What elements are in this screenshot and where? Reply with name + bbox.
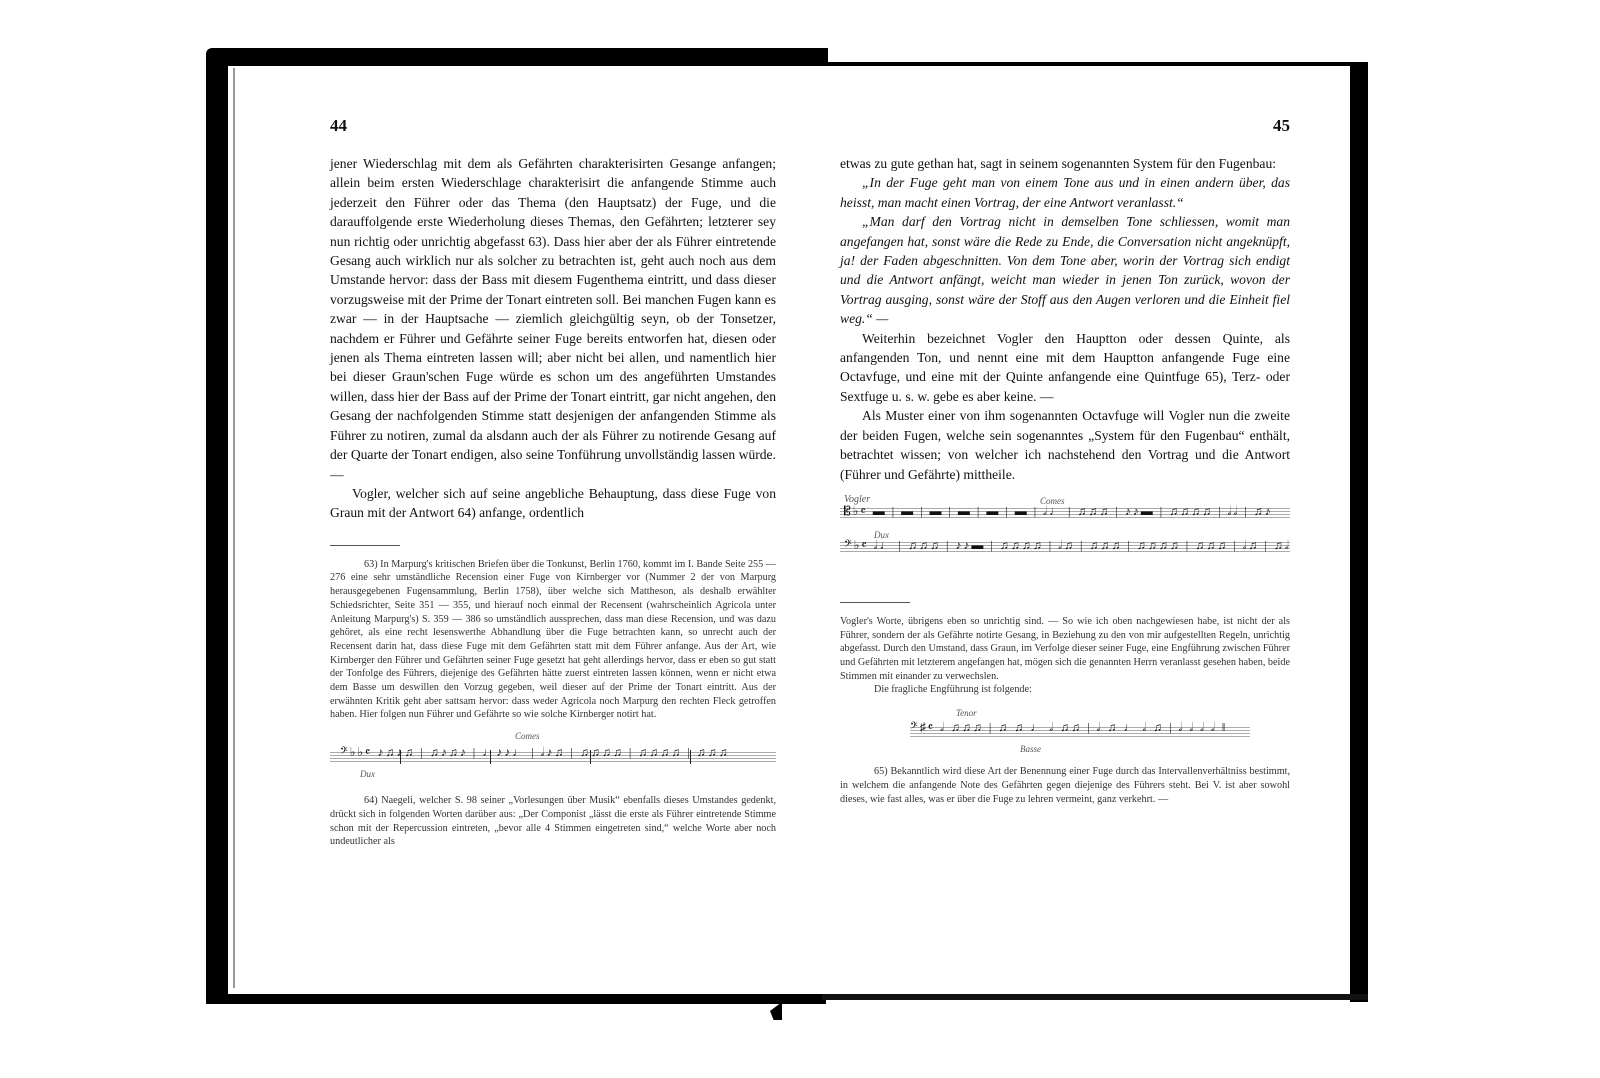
footnote-continued: Vogler's Worte, übrigens eben so unricht… bbox=[840, 615, 1290, 684]
music-example: Vogler Comes 𝄡♭𝄴 ▬ | ▬ | ▬ | ▬ | ▬ | ▬ |… bbox=[840, 490, 1290, 580]
scan-border bbox=[206, 994, 826, 1004]
footnote-continued: Die fragliche Engführung ist folgende: bbox=[840, 683, 1290, 697]
footnote-rule bbox=[330, 545, 400, 546]
music-label-dux: Dux bbox=[360, 768, 375, 782]
music-notes: 𝄢♭𝄴 𝅗𝅥♩ | ♫♫♫ | ♪♪▬ | ♫♫♫♫ | 𝅗𝅥♫ | ♫♫♫ |… bbox=[844, 536, 1294, 555]
scan-border bbox=[822, 62, 1366, 66]
quote-paragraph: „In der Fuge geht man von einem Tone aus… bbox=[840, 173, 1290, 212]
scan-border bbox=[822, 994, 1368, 1000]
quote-paragraph: „Man darf den Vortrag nicht in demselben… bbox=[840, 212, 1290, 328]
page-body: jener Wiederschlag mit dem als Gefährten… bbox=[330, 154, 776, 849]
footnote-64: 64) Naegeli, welcher S. 98 seiner „Vorle… bbox=[330, 794, 776, 849]
scan-border bbox=[208, 48, 828, 66]
footnotes: Vogler's Worte, übrigens eben so unricht… bbox=[840, 615, 1290, 806]
music-notes: 𝄡♭𝄴 ▬ | ▬ | ▬ | ▬ | ▬ | ▬ | 𝅗𝅥♩ | ♫♫♫ | … bbox=[844, 502, 1294, 521]
page-body: etwas zu gute gethan hat, sagt in seinem… bbox=[840, 154, 1290, 806]
paragraph: Als Muster einer von ihm sogenannten Oct… bbox=[840, 406, 1290, 484]
music-notes: 𝄢♭♭𝄴 ♪♫♪♫ | ♫♪♫♪ | ♩♪♪♩ | 𝅗𝅥♪♫ | ♫♫♫♫ | … bbox=[340, 746, 776, 760]
music-label-tenor: Tenor bbox=[956, 707, 977, 721]
music-example: Tenor 𝄢♯𝄴 𝅗𝅥 ♫♫♫ | ♫ ♫ ♩ 𝅗𝅥 ♫♫ | 𝅗𝅥 ♫ ♩ … bbox=[840, 703, 1290, 759]
page-number: 44 bbox=[330, 116, 347, 136]
paragraph: jener Wiederschlag mit dem als Gefährten… bbox=[330, 154, 776, 484]
scan-border bbox=[206, 48, 228, 1003]
page-number: 45 bbox=[1273, 116, 1290, 136]
music-notes: 𝄢♯𝄴 𝅗𝅥 ♫♫♫ | ♫ ♫ ♩ 𝅗𝅥 ♫♫ | 𝅗𝅥 ♫ ♩ 𝅗𝅥 ♫ |… bbox=[910, 721, 1250, 735]
music-label-basse: Basse bbox=[1020, 743, 1041, 757]
paragraph: Vogler, welcher sich auf seine angeblich… bbox=[330, 484, 776, 523]
paragraph: Weiterhin bezeichnet Vogler den Hauptton… bbox=[840, 329, 1290, 407]
paragraph: etwas zu gute gethan hat, sagt in seinem… bbox=[840, 154, 1290, 173]
music-example: Comes 𝄢♭♭𝄴 ♪♫♪♫ | ♫♪♫♪ | ♩♪♪♩ | 𝅗𝅥♪♫ | ♫… bbox=[330, 728, 776, 788]
footnote-65: 65) Bekanntlich wird diese Art der Benen… bbox=[840, 765, 1290, 806]
scan-border bbox=[1350, 62, 1368, 1002]
footnotes: 63) In Marpurg's kritischen Briefen über… bbox=[330, 558, 776, 849]
footnote-rule bbox=[840, 602, 910, 603]
page-edge bbox=[233, 68, 235, 988]
footnote-63: 63) In Marpurg's kritischen Briefen über… bbox=[330, 558, 776, 722]
book-spread: 44 jener Wiederschlag mit dem als Gefähr… bbox=[0, 0, 1600, 1078]
music-label-comes: Comes bbox=[515, 730, 540, 744]
